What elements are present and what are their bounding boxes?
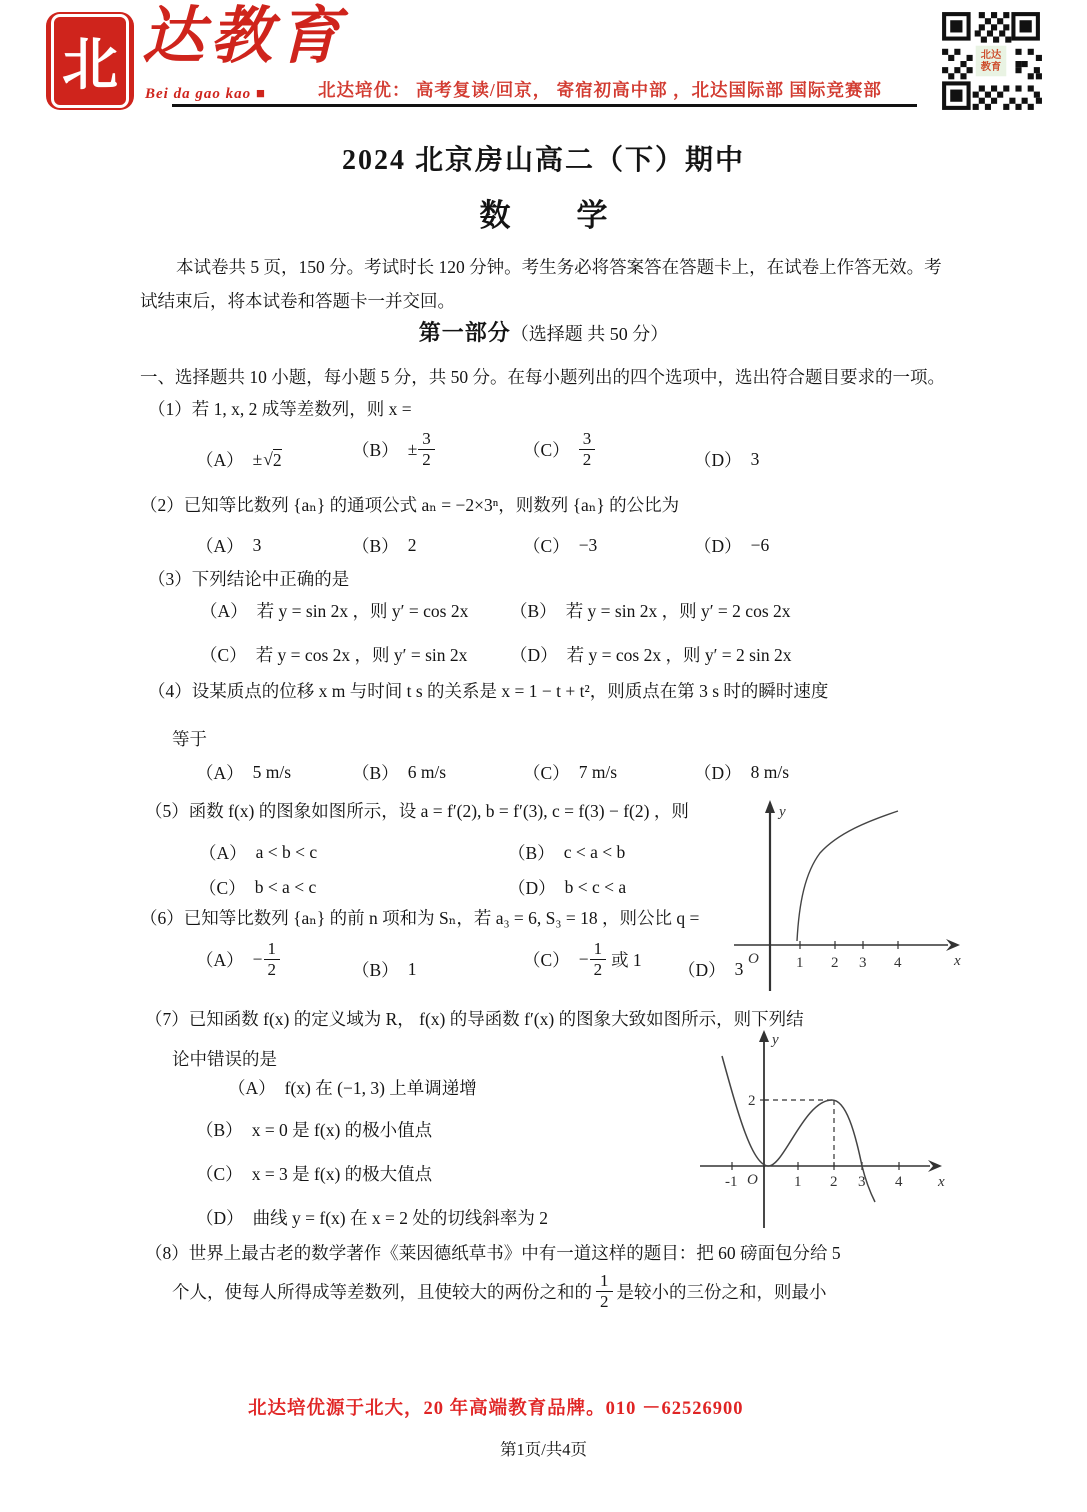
q6-option-d: （D）3 <box>678 957 743 982</box>
q6-option-b-value: 1 <box>408 959 417 980</box>
q6-option-a-pm: − <box>253 949 263 970</box>
q6-option-b-letter: （B） <box>352 957 399 982</box>
question-4-stem-line1: （4）设某质点的位移 x m 与时间 t s 的关系是 x = 1 − t + … <box>148 678 828 703</box>
graph2-tick-1: 1 <box>794 1174 802 1190</box>
brand-name: 达教育 <box>142 6 346 68</box>
q6-option-a: （A） − 12 <box>196 940 280 979</box>
exam-instructions-line2: 试结束后，将本试卷和答题卡一并交回。 <box>140 284 955 318</box>
q6-option-c-post: 或 1 <box>611 947 642 972</box>
q3-option-a-value: 若 y = sin 2x ，则 y′ = cos 2x <box>257 598 469 623</box>
graph1-y-label: y <box>777 804 786 820</box>
q4-option-a-value: 5 m/s <box>253 762 291 783</box>
q3-option-b-letter: （B） <box>510 598 557 623</box>
graph1-tick-2: 2 <box>831 955 839 971</box>
q6-option-a-letter: （A） <box>196 947 244 972</box>
fraction: 12 <box>590 940 607 979</box>
section1-instruction: 一、选择题共 10 小题，每小题 5 分，共 50 分。在每小题列出的四个选项中… <box>140 364 945 389</box>
q6-option-c: （C） − 12 或 1 <box>523 940 642 979</box>
q4-option-c: （C）7 m/s <box>523 760 617 785</box>
graph-q5: y x O 1 2 3 4 <box>722 795 992 995</box>
q5-option-a-letter: （A） <box>199 840 247 865</box>
graph2-tick-3: 3 <box>858 1174 866 1190</box>
q2-option-b-letter: （B） <box>352 533 399 558</box>
graph-q7: y x O -1 1 2 3 4 2 <box>692 1026 997 1231</box>
header-divider <box>172 104 917 107</box>
part1-note: （选择题 共 50 分） <box>511 324 669 344</box>
q5-option-b-value: c < a < b <box>564 842 626 863</box>
q1-option-b-den: 2 <box>422 450 431 469</box>
q7-option-a-letter: （A） <box>228 1075 276 1100</box>
qr-center-text-2: 教育 <box>980 60 1001 73</box>
question-8-line2: 个人，使每人所得成等差数列，且使较大的两份之和的 12 是较小的三份之和，则最小 <box>172 1272 827 1311</box>
q7-option-d-value: 曲线 y = f(x) 在 x = 2 处的切线斜率为 2 <box>253 1205 548 1230</box>
q8-line2-pre: 个人，使每人所得成等差数列，且使较大的两份之和的 <box>172 1279 592 1304</box>
q5-option-d: （D）b < c < a <box>508 875 626 900</box>
graph2-y-label: y <box>770 1032 779 1048</box>
q4-option-c-value: 7 m/s <box>579 762 617 783</box>
graph2-y-arrow <box>759 1030 769 1042</box>
graph2-ticks <box>732 1100 899 1170</box>
q5-option-a: （A）a < b < c <box>199 840 317 865</box>
graph1-x-arrow <box>946 939 960 951</box>
q4-option-b: （B）6 m/s <box>352 760 446 785</box>
q6-option-d-value: 3 <box>735 959 744 980</box>
q6-option-c-den: 2 <box>594 960 603 979</box>
q7-option-d: （D）曲线 y = f(x) 在 x = 2 处的切线斜率为 2 <box>196 1205 548 1230</box>
q1-option-c-num: 3 <box>579 430 596 450</box>
page-number: 第1页/共4页 <box>0 1436 1087 1460</box>
q6-option-a-den: 2 <box>268 960 277 979</box>
q7-option-d-letter: （D） <box>196 1205 244 1230</box>
graph1-x-label: x <box>953 953 961 969</box>
q7-option-c: （C）x = 3 是 f(x) 的极大值点 <box>196 1161 432 1186</box>
subject-left: 数 <box>480 198 511 233</box>
q2-option-c: （C）−3 <box>523 533 597 558</box>
q6-option-c-num: 1 <box>590 940 607 960</box>
question-6-stem: （6）已知等比数列 {aₙ} 的前 n 项和为 Sₙ，若 a₃ = 6, S₃ … <box>140 905 699 930</box>
graph2-origin-label: O <box>747 1172 758 1188</box>
graph1-tick-3: 3 <box>859 955 867 971</box>
q2-option-c-value: −3 <box>579 535 598 556</box>
q5-option-c-value: b < a < c <box>255 877 317 898</box>
brand-subtitle: Bei da gao kao ■ <box>145 86 266 103</box>
q1-option-b-letter: （B） <box>352 437 399 462</box>
q2-option-d-letter: （D） <box>694 533 742 558</box>
part1-heading: 第一部分（选择题 共 50 分） <box>0 316 1087 347</box>
q8-frac-den: 2 <box>600 1292 609 1311</box>
q2-option-a: （A）3 <box>196 533 261 558</box>
q2-option-d-value: −6 <box>751 535 770 556</box>
question-3-stem: （3）下列结论中正确的是 <box>148 566 349 591</box>
q7-option-b-letter: （B） <box>196 1117 243 1142</box>
q2-option-d: （D）−6 <box>694 533 769 558</box>
fraction: 32 <box>418 430 435 469</box>
q6-option-c-letter: （C） <box>523 947 570 972</box>
graph2-tick-4: 4 <box>895 1174 903 1190</box>
q4-option-b-value: 6 m/s <box>408 762 446 783</box>
q2-option-a-value: 3 <box>253 535 262 556</box>
brand-seal-logo: 北 <box>46 12 134 110</box>
exam-instructions: 本试卷共 5 页，150 分。考试时长 120 分钟。考生务必将答案答在答题卡上… <box>140 250 955 318</box>
q3-option-c-value: 若 y = cos 2x ，则 y′ = sin 2x <box>256 642 468 667</box>
header-tagline: 北达培优： 高考复读/回京， 寄宿初高中部 ，北达国际部 国际竞赛部 <box>318 77 882 102</box>
q3-option-d-value: 若 y = cos 2x ，则 y′ = 2 sin 2x <box>567 642 792 667</box>
q1-option-a-pm: ± <box>253 449 263 470</box>
page-title: 2024 北京房山高二（下）期中 <box>0 138 1087 178</box>
q1-option-b-num: 3 <box>418 430 435 450</box>
exam-page: 北 达教育 Bei da gao kao ■ 北达培优： 高考复读/回京， 寄宿… <box>0 0 1087 1512</box>
q5-option-d-value: b < c < a <box>565 877 627 898</box>
q4-option-a-letter: （A） <box>196 760 244 785</box>
q2-option-b-value: 2 <box>408 535 417 556</box>
q1-option-a-radicand: 2 <box>273 449 282 471</box>
q5-option-c: （C）b < a < c <box>199 875 316 900</box>
graph1-origin-label: O <box>748 951 759 967</box>
graph1-tick-4: 4 <box>894 955 902 971</box>
exam-instructions-line1: 本试卷共 5 页，150 分。考试时长 120 分钟。考生务必将答案答在答题卡上… <box>140 250 955 284</box>
q7-option-a-value: f(x) 在 (−1, 3) 上单调递增 <box>285 1075 477 1100</box>
q4-option-d-letter: （D） <box>694 760 742 785</box>
graph1-y-arrow <box>765 800 775 813</box>
question-5-stem: （5）函数 f(x) 的图象如图所示，设 a = f′(2), b = f′(3… <box>145 798 689 823</box>
q6-option-b: （B）1 <box>352 957 416 982</box>
q7-option-b-value: x = 0 是 f(x) 的极小值点 <box>252 1117 432 1142</box>
qr-code: 北达 教育 <box>938 8 1044 114</box>
q4-option-d-value: 8 m/s <box>751 762 789 783</box>
sqrt-sign: √ <box>263 449 273 470</box>
subject-title: 数学 <box>0 190 1087 235</box>
q3-option-b: （B）若 y = sin 2x ，则 y′ = 2 cos 2x <box>510 598 791 623</box>
q7-option-b: （B）x = 0 是 f(x) 的极小值点 <box>196 1117 432 1142</box>
graph2-x-arrow <box>928 1160 942 1172</box>
q3-option-a-letter: （A） <box>200 598 248 623</box>
q5-option-c-letter: （C） <box>199 875 246 900</box>
q1-option-b-pm: ± <box>408 439 418 460</box>
qr-center-text-1: 北达 <box>981 48 1002 61</box>
q4-option-d: （D）8 m/s <box>694 760 789 785</box>
q8-frac-num: 1 <box>596 1272 613 1292</box>
q1-option-b: （B） ± 32 <box>352 430 435 469</box>
q3-option-c-letter: （C） <box>200 642 247 667</box>
q6-option-d-letter: （D） <box>678 957 726 982</box>
q3-option-d: （D）若 y = cos 2x ，则 y′ = 2 sin 2x <box>510 642 791 667</box>
q4-option-a: （A）5 m/s <box>196 760 291 785</box>
q1-option-a: （A） ±√2 <box>196 447 282 472</box>
q3-option-d-letter: （D） <box>510 642 558 667</box>
question-7-stem-line2: 论中错误的是 <box>172 1046 277 1071</box>
q1-option-d-letter: （D） <box>694 447 742 472</box>
question-4-stem-line2: 等于 <box>172 726 207 751</box>
fraction: 12 <box>264 940 281 979</box>
graph2-tick-2: 2 <box>830 1174 838 1190</box>
q7-option-a: （A）f(x) 在 (−1, 3) 上单调递增 <box>228 1075 477 1100</box>
q1-option-d-value: 3 <box>751 449 760 470</box>
subject-right: 学 <box>577 198 608 233</box>
graph2-tick-neg1: -1 <box>725 1174 738 1190</box>
q3-option-a: （A）若 y = sin 2x ，则 y′ = cos 2x <box>200 598 468 623</box>
q7-option-c-value: x = 3 是 f(x) 的极大值点 <box>252 1161 432 1186</box>
graph1-curve <box>797 811 898 941</box>
q5-option-a-value: a < b < c <box>256 842 318 863</box>
graph1-tick-1: 1 <box>796 955 804 971</box>
q6-option-a-num: 1 <box>264 940 281 960</box>
q4-option-c-letter: （C） <box>523 760 570 785</box>
q4-option-b-letter: （B） <box>352 760 399 785</box>
fraction: 12 <box>596 1272 613 1311</box>
q3-option-b-value: 若 y = sin 2x ，则 y′ = 2 cos 2x <box>566 598 791 623</box>
graph2-ytick-2: 2 <box>748 1093 756 1109</box>
seal-character: 北 <box>51 14 129 108</box>
q1-option-c-letter: （C） <box>523 437 570 462</box>
q2-option-c-letter: （C） <box>523 533 570 558</box>
q5-option-b-letter: （B） <box>508 840 555 865</box>
q5-option-d-letter: （D） <box>508 875 556 900</box>
q2-option-b: （B）2 <box>352 533 416 558</box>
q3-option-c: （C）若 y = cos 2x ，则 y′ = sin 2x <box>200 642 467 667</box>
q1-option-c: （C） 32 <box>523 430 595 469</box>
question-1-stem: （1）若 1, x, 2 成等差数列，则 x = <box>148 396 412 421</box>
graph2-dashed-guides <box>764 1100 834 1166</box>
q8-line2-post: 是较小的三份之和，则最小 <box>617 1279 827 1304</box>
q1-option-a-letter: （A） <box>196 447 244 472</box>
q1-option-c-den: 2 <box>583 450 592 469</box>
graph2-x-label: x <box>937 1174 945 1190</box>
q2-option-a-letter: （A） <box>196 533 244 558</box>
q1-option-d: （D） 3 <box>694 447 759 472</box>
q7-option-c-letter: （C） <box>196 1161 243 1186</box>
q5-option-b: （B）c < a < b <box>508 840 625 865</box>
part1-title: 第一部分 <box>419 320 511 345</box>
question-2-stem: （2）已知等比数列 {aₙ} 的通项公式 aₙ = −2×3ⁿ，则数列 {aₙ}… <box>140 492 679 517</box>
question-8-line1: （8）世界上最古老的数学著作《莱因德纸草书》中有一道这样的题目：把 60 磅面包… <box>145 1240 841 1265</box>
q6-option-c-pm: − <box>579 949 589 970</box>
fraction: 32 <box>579 430 596 469</box>
footer-promo: 北达培优源于北大，20 年高端教育品牌。010 －62526900 <box>248 1394 744 1420</box>
